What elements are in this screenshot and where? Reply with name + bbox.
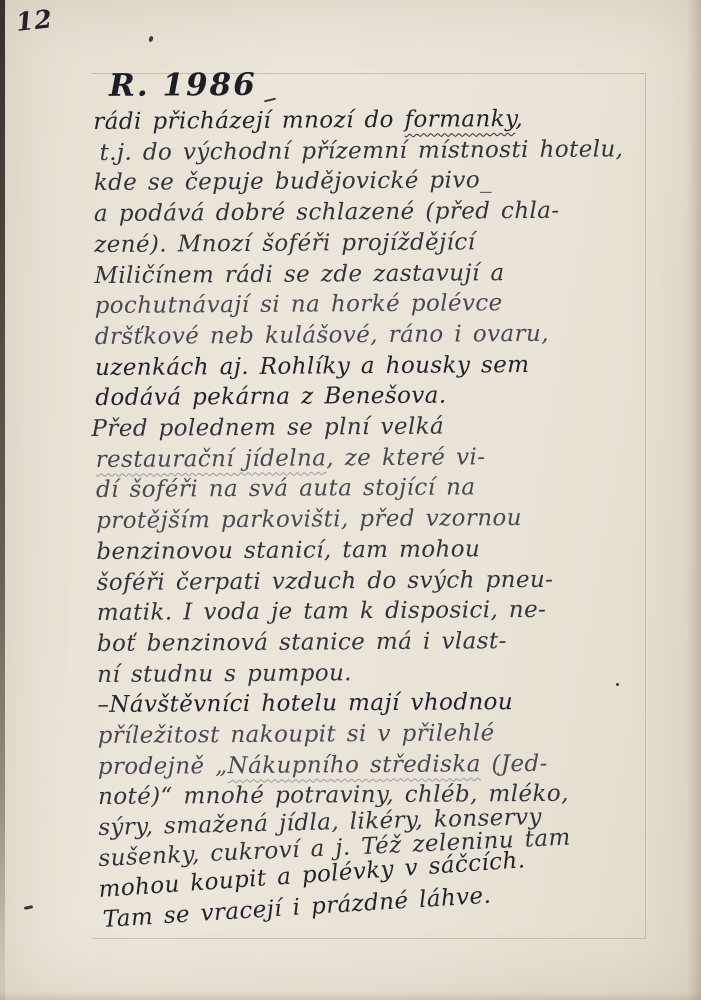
text-line: Miličínem rádi se zde zastavují a <box>94 257 669 292</box>
page-bottom-edge-shadow <box>0 992 701 1000</box>
text-segment: Před polednem se plní velká <box>91 414 444 442</box>
text-line: t.j. do východní přízemní místnosti hote… <box>99 134 668 169</box>
text-segment: dodává pekárna z Benešova. <box>95 383 446 411</box>
page-right-edge-shadow <box>687 0 701 1000</box>
text-line: ní studnu s pumpou. <box>97 656 672 691</box>
text-segment: benzinovou stanicí, tam mohou <box>96 536 480 565</box>
manuscript-lines: rádi přicházejí mnozí do formanky,t.j. d… <box>93 103 674 936</box>
text-line: dršťkové neb kulášové, ráno i ovaru, <box>95 318 670 353</box>
manuscript-block: R. 1986 rádi přicházejí mnozí do formank… <box>93 64 674 936</box>
text-line: příležitost nakoupit si v přilehlé <box>98 717 673 752</box>
text-line: dodává pekárna z Benešova. <box>95 379 670 414</box>
text-segment: kde se čepuje budějovické pivo_ <box>94 168 492 197</box>
text-segment: , ze které vi- <box>326 444 485 471</box>
text-line: dí šoféři na svá auta stojící na <box>96 471 671 506</box>
text-line: kde se čepuje budějovické pivo_ <box>94 164 669 199</box>
text-segment: Miličínem rádi se zde zastavují a <box>94 260 504 289</box>
text-line: restaurační jídelna, ze které vi- <box>96 441 671 476</box>
text-segment: dí šoféři na svá auta stojící na <box>96 475 476 504</box>
underlined-phrase: formanky <box>405 106 516 133</box>
text-line: Před polednem se plní velká <box>91 410 670 445</box>
text-line: protějším parkovišti, před vzornou <box>96 502 671 537</box>
scanned-page: 12 R. 1986 rádi přicházejí mnozí do form… <box>0 0 701 1000</box>
text-segment: t.j. do východní přízemní místnosti hote… <box>99 136 623 166</box>
text-segment: uzenkách aj. Rohlíky a housky sem <box>95 352 530 381</box>
text-line: matik. I voda je tam k disposici, ne- <box>97 594 672 629</box>
text-line: zené). Mnozí šoféři projíždějící <box>94 226 669 261</box>
underlined-phrase: Nákupního střediska <box>227 751 480 779</box>
text-segment: ní studnu s pumpou. <box>97 660 352 688</box>
year-heading: R. 1986 <box>109 64 668 104</box>
text-line: a podává dobré schlazené (před chla- <box>94 195 669 230</box>
text-line: uzenkách aj. Rohlíky a housky sem <box>95 349 670 384</box>
text-line: pochutnávají si na horké polévce <box>95 287 670 322</box>
page-left-edge-shadow <box>0 0 5 1000</box>
text-segment: dršťkové neb kulášové, ráno i ovaru, <box>95 321 549 350</box>
text-segment: pochutnávají si na horké polévce <box>95 290 503 319</box>
text-segment: boť benzinová stanice má i vlast- <box>97 628 507 657</box>
page-number: 12 <box>15 4 55 37</box>
text-segment: šoféři čerpati vzduch do svých pneu- <box>96 566 553 595</box>
text-segment: –Návštěvníci hotelu mají vhodnou <box>97 689 513 718</box>
ink-speck <box>148 35 154 42</box>
text-line: šoféři čerpati vzduch do svých pneu- <box>96 564 671 599</box>
text-segment: matik. I voda je tam k disposici, ne- <box>97 597 547 626</box>
text-line: boť benzinová stanice má i vlast- <box>97 625 672 660</box>
text-segment: zené). Mnozí šoféři projíždějící <box>94 229 475 258</box>
text-segment: a podává dobré schlazené (před chla- <box>94 198 560 227</box>
text-line: –Návštěvníci hotelu mají vhodnou <box>97 686 672 721</box>
text-line: rádi přicházejí mnozí do formanky, <box>93 103 668 138</box>
text-line: benzinovou stanicí, tam mohou <box>96 533 671 568</box>
text-segment: , <box>515 106 523 132</box>
text-segment: rádi přicházejí mnozí do <box>93 107 404 135</box>
ink-speck <box>616 683 619 686</box>
ink-speck <box>24 905 33 910</box>
text-segment: příležitost nakoupit si v přilehlé <box>98 720 495 749</box>
underlined-phrase: restaurační jídelna <box>96 445 327 473</box>
text-line: prodejně „Nákupního střediska (Jed- <box>98 748 673 783</box>
text-segment: prodejně „ <box>98 753 228 780</box>
text-segment: (Jed- <box>481 751 548 777</box>
text-segment: protějším parkovišti, před vzornou <box>96 505 522 534</box>
